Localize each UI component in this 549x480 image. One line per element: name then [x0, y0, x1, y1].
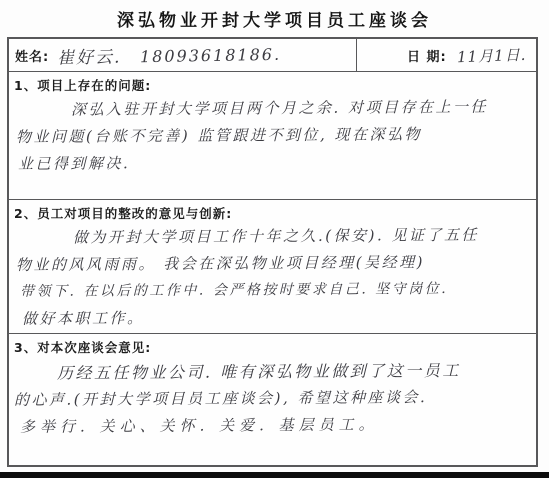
section-2-handwritten-line: 物业的风风雨雨。 我会在深弘物业项目经理(吴经理) [9, 248, 536, 279]
section-1-handwritten-line: 深弘入驻开封大学项目两个月之余. 对项目存在上一任 [9, 93, 536, 124]
section-2-heading: 2、员工对项目的整改的意见与创新: [9, 200, 536, 222]
name-cell: 姓名: 崔好云. 18093618186. [9, 39, 357, 71]
name-handwritten-value: 崔好云. [57, 42, 122, 68]
page-title: 深弘物业开封大学项目员工座谈会 [0, 6, 549, 31]
section-meeting-feedback: 3、对本次座谈会意见: 历经五任物业公司. 唯有深弘物业做到了这一员工 的心声.… [9, 334, 536, 465]
scan-edge-bar [0, 472, 549, 478]
section-project-problems: 1、项目上存在的问题: 深弘入驻开封大学项目两个月之余. 对项目存在上一任 物业… [9, 72, 536, 200]
form-header-row: 姓名: 崔好云. 18093618186. 日 期: 11月1日. [9, 39, 536, 72]
date-cell: 日 期: 11月1日. [357, 39, 536, 71]
section-2-handwritten-line: 做为开封大学项目工作十年之久.(保安). 见证了五任 [9, 221, 536, 252]
section-improvement-suggestions: 2、员工对项目的整改的意见与创新: 做为开封大学项目工作十年之久.(保安). 见… [9, 200, 536, 334]
name-label: 姓名: [15, 46, 49, 65]
section-1-handwritten-line: 物业问题(台账不完善) 监管跟进不到位, 现在深弘物 [9, 120, 536, 151]
section-1-handwritten-line: 业已得到解决. [9, 147, 536, 178]
form-table: 姓名: 崔好云. 18093618186. 日 期: 11月1日. 1、项目上存… [7, 37, 538, 467]
section-1-heading: 1、项目上存在的问题: [9, 72, 536, 94]
section-3-heading: 3、对本次座谈会意见: [9, 334, 536, 356]
section-3-handwritten-line: 多举行. 关心、关怀. 关爱. 基层员工。 [9, 410, 536, 441]
section-2-handwritten-line: 做好本职工作。 [9, 302, 536, 333]
section-3-handwritten-line: 的心声.(开封大学项目员工座谈会), 希望这种座谈会. [9, 383, 536, 414]
scanned-meeting-form: 深弘物业开封大学项目员工座谈会 姓名: 崔好云. 18093618186. 日 … [0, 0, 549, 480]
section-3-handwritten-line: 历经五任物业公司. 唯有深弘物业做到了这一员工 [9, 356, 536, 387]
section-2-handwritten-line: 带领下. 在以后的工作中. 会严格按时要求自己. 坚守岗位. [9, 275, 536, 306]
phone-handwritten-value: 18093618186. [139, 44, 280, 65]
date-label: 日 期: [407, 46, 447, 65]
date-handwritten-value: 11月1日. [456, 43, 526, 66]
